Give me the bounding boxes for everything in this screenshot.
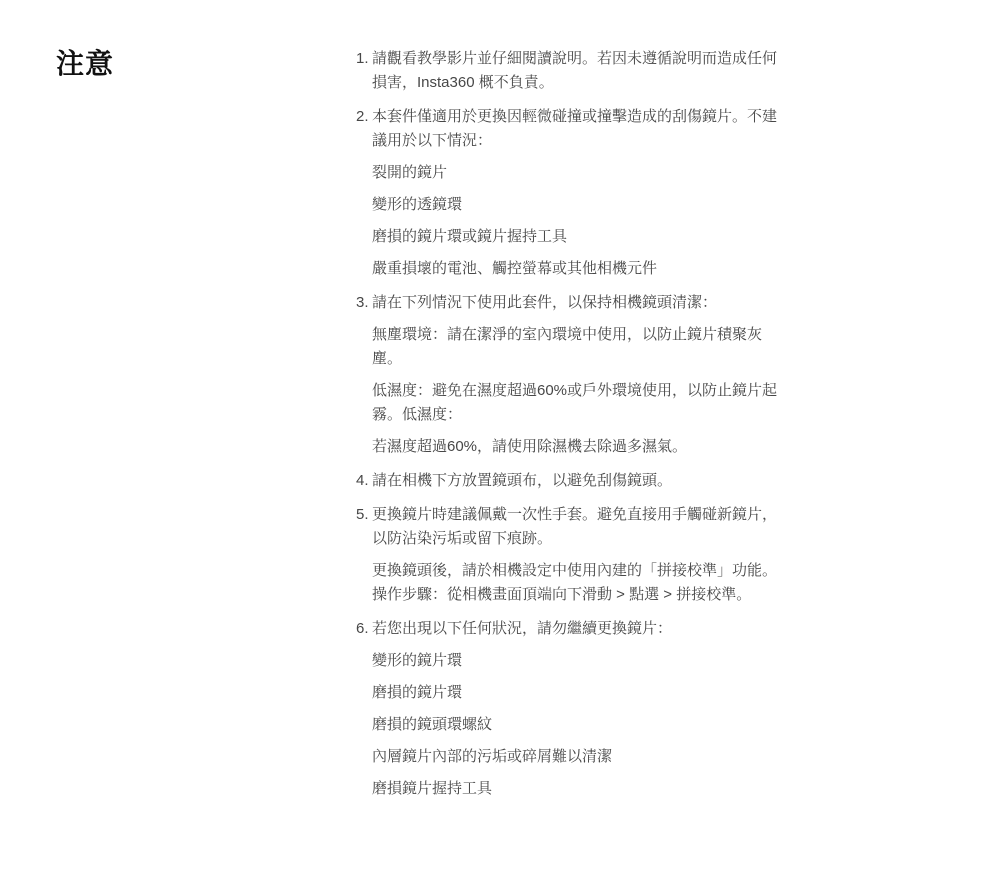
sub-paragraph: 低濕度：避免在濕度超過60%或戶外環境使用，以防止鏡片起霧。低濕度：: [372, 379, 786, 427]
sub-paragraph: 內層鏡片內部的污垢或碎屑難以清潔: [372, 745, 786, 769]
notice-item-1: 1. 請觀看教學影片並仔細閱讀說明。若因未遵循說明而造成任何損害，Insta36…: [356, 47, 786, 95]
notice-item-3: 3. 請在下列情況下使用此套件，以保持相機鏡頭清潔： 無塵環境：請在潔淨的室內環…: [356, 291, 786, 459]
notice-item-6: 6. 若您出現以下任何狀況，請勿繼續更換鏡片： 變形的鏡片環 磨損的鏡片環 磨損…: [356, 617, 786, 801]
page-title: 注意: [56, 48, 114, 80]
item-number: 5.: [356, 503, 369, 527]
sub-paragraph: 磨損鏡片握持工具: [372, 777, 786, 801]
sub-paragraph: 裂開的鏡片: [372, 161, 786, 185]
sub-paragraph: 變形的透鏡環: [372, 193, 786, 217]
notice-list: 1. 請觀看教學影片並仔細閱讀說明。若因未遵循說明而造成任何損害，Insta36…: [356, 47, 786, 809]
item-number: 2.: [356, 105, 369, 129]
sub-paragraph: 嚴重損壞的電池、觸控螢幕或其他相機元件: [372, 257, 786, 281]
item-text: 請在下列情況下使用此套件，以保持相機鏡頭清潔：: [372, 291, 786, 315]
notice-item-5: 5. 更換鏡片時建議佩戴一次性手套。避免直接用手觸碰新鏡片，以防沾染污垢或留下痕…: [356, 503, 786, 607]
item-number: 4.: [356, 469, 369, 493]
sub-paragraph: 磨損的鏡片環: [372, 681, 786, 705]
item-number: 6.: [356, 617, 369, 641]
item-text: 本套件僅適用於更換因輕微碰撞或撞擊造成的刮傷鏡片。不建議用於以下情況：: [372, 105, 786, 153]
notice-item-4: 4. 請在相機下方放置鏡頭布，以避免刮傷鏡頭。: [356, 469, 786, 493]
item-text: 請觀看教學影片並仔細閱讀說明。若因未遵循說明而造成任何損害，Insta360 概…: [372, 47, 786, 95]
item-number: 1.: [356, 47, 369, 71]
item-number: 3.: [356, 291, 369, 315]
item-text: 請在相機下方放置鏡頭布，以避免刮傷鏡頭。: [372, 469, 786, 493]
sub-paragraph: 變形的鏡片環: [372, 649, 786, 673]
notice-page: 注意 1. 請觀看教學影片並仔細閱讀說明。若因未遵循說明而造成任何損害，Inst…: [0, 0, 1000, 882]
notice-item-2: 2. 本套件僅適用於更換因輕微碰撞或撞擊造成的刮傷鏡片。不建議用於以下情況： 裂…: [356, 105, 786, 281]
sub-paragraph: 更換鏡頭後，請於相機設定中使用內建的「拼接校準」功能。操作步驟：從相機畫面頂端向…: [372, 559, 786, 607]
sub-paragraph: 無塵環境：請在潔淨的室內環境中使用，以防止鏡片積聚灰塵。: [372, 323, 786, 371]
item-text: 更換鏡片時建議佩戴一次性手套。避免直接用手觸碰新鏡片，以防沾染污垢或留下痕跡。: [372, 503, 786, 551]
item-text: 若您出現以下任何狀況，請勿繼續更換鏡片：: [372, 617, 786, 641]
sub-paragraph: 磨損的鏡片環或鏡片握持工具: [372, 225, 786, 249]
sub-paragraph: 磨損的鏡頭環螺紋: [372, 713, 786, 737]
sub-paragraph: 若濕度超過60%，請使用除濕機去除過多濕氣。: [372, 435, 786, 459]
